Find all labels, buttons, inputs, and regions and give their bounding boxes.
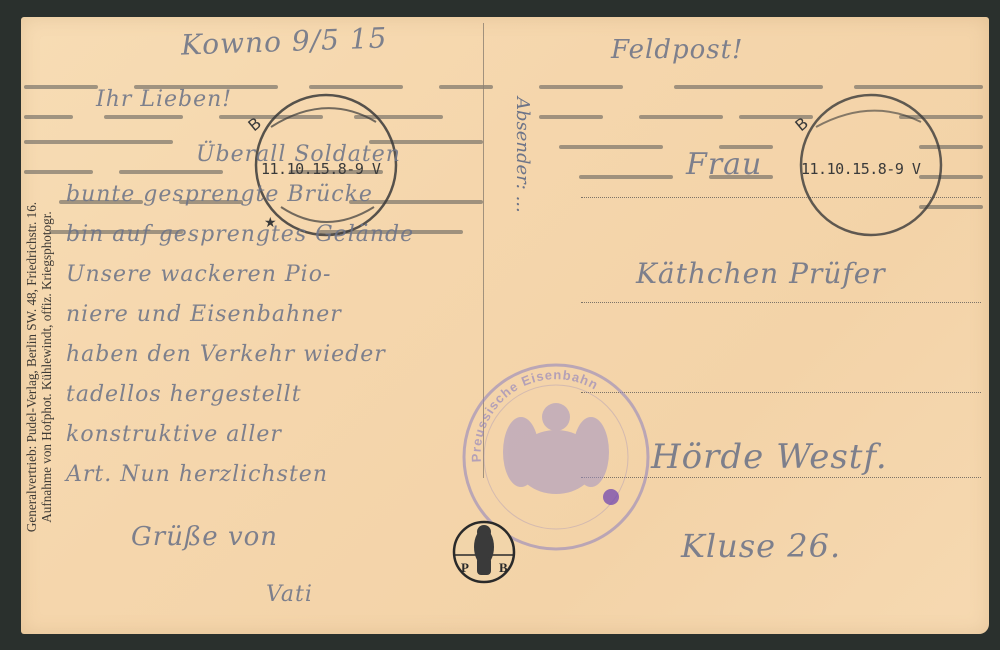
message-line: tadellos hergestellt [66,382,302,407]
message-line: konstruktive aller [66,422,282,447]
address-city: Hörde Westf. [651,437,888,477]
svg-text:B: B [499,560,508,575]
publisher-logo: P B [449,517,519,587]
publisher-line-1: Generalvertrieb: Pudel-Verlag, Berlin SW… [24,117,39,617]
publisher-line-2: Aufnahme von Hofphot. Kühlewindt, offiz.… [39,117,54,617]
address-name: Käthchen Prüfer [636,257,886,290]
message-salutation: Ihr Lieben! [96,87,232,112]
message-line: bunte gesprengte Brücke [66,182,373,207]
postcard: Generalvertrieb: Pudel-Verlag, Berlin SW… [21,17,989,634]
address-street: Kluse 26. [681,527,841,565]
message-line: Überall Soldaten [196,142,401,167]
address-header: Feldpost! [611,35,744,65]
address-line [581,302,981,303]
svg-text:B: B [244,113,265,135]
address-salutation: Frau [686,147,762,182]
message-line: bin auf gesprengtes Gelände [66,222,414,247]
message-closing: Grüße von [131,522,278,552]
eagle-icon [503,403,609,494]
message-line: niere und Eisenbahner [66,302,342,327]
message-line: Art. Nun herzlichsten [66,462,328,487]
message-place-date: Kowno 9/5 15 [180,21,387,61]
vertical-note: Absender: ... [512,97,533,213]
svg-text:P: P [461,560,469,575]
message-signature: Vati [266,582,313,607]
message-line: haben den Verkehr wieder [66,342,386,367]
postmark-right-date: 11.10.15.8-9 V [801,160,920,178]
publisher-imprint: Generalvertrieb: Pudel-Verlag, Berlin SW… [24,117,64,617]
message-line: Unsere wackeren Pio- [66,262,331,287]
